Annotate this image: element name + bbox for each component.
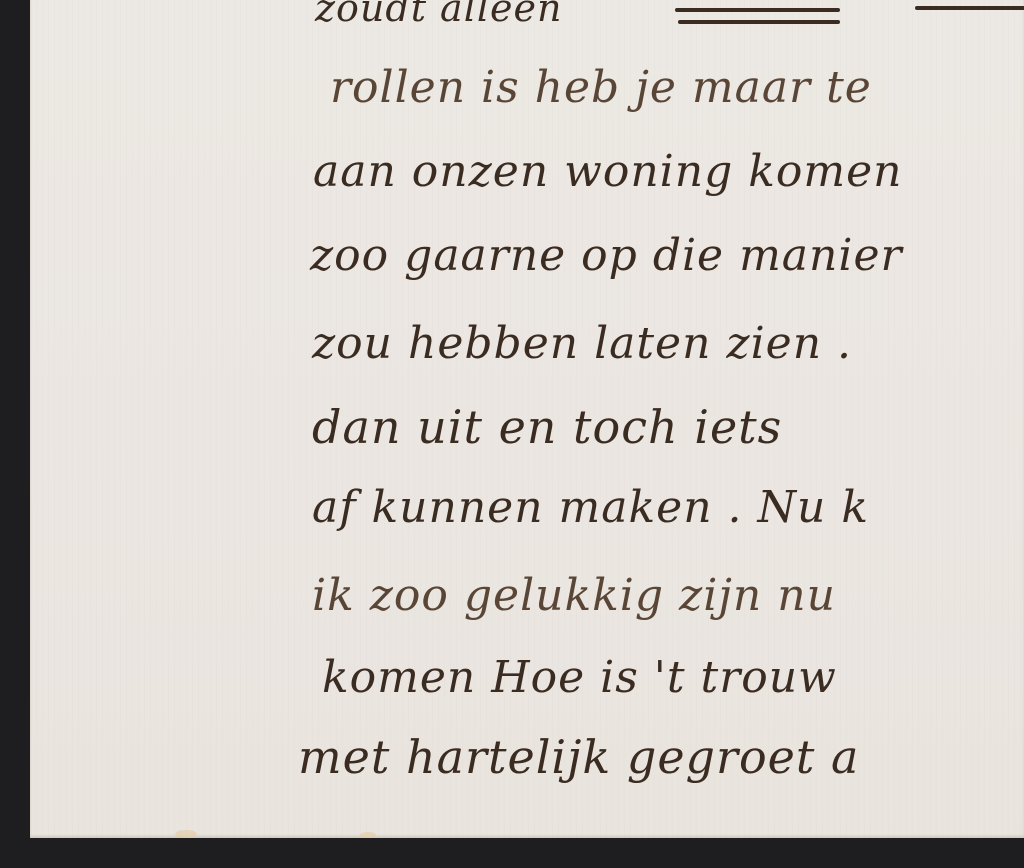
paper-stain — [175, 830, 197, 838]
handwritten-line-2: rollen is heb je maar te — [330, 62, 872, 113]
underline-stroke — [675, 8, 840, 12]
handwritten-line-9: komen Hoe is 't trouw — [322, 652, 837, 703]
handwritten-line-1: zoudt alleen — [315, 0, 562, 30]
handwritten-line-8: ik zoo gelukkig zijn nu — [312, 570, 836, 621]
underline-stroke — [678, 20, 840, 24]
handwritten-line-10: met hartelijk gegroet a — [298, 730, 859, 784]
handwritten-line-6: dan uit en toch iets — [312, 400, 782, 454]
handwritten-line-4: zoo gaarne op die manier — [310, 230, 903, 281]
letter-page: zoudt alleen rollen is heb je maar te aa… — [30, 0, 1024, 838]
handwritten-line-7: af kunnen maken . Nu k — [312, 482, 869, 533]
handwritten-line-5: zou hebben laten zien . — [312, 318, 852, 369]
paper-stain — [360, 832, 376, 838]
handwritten-line-3: aan onzen woning komen — [313, 146, 902, 197]
underline-stroke — [915, 6, 1024, 10]
